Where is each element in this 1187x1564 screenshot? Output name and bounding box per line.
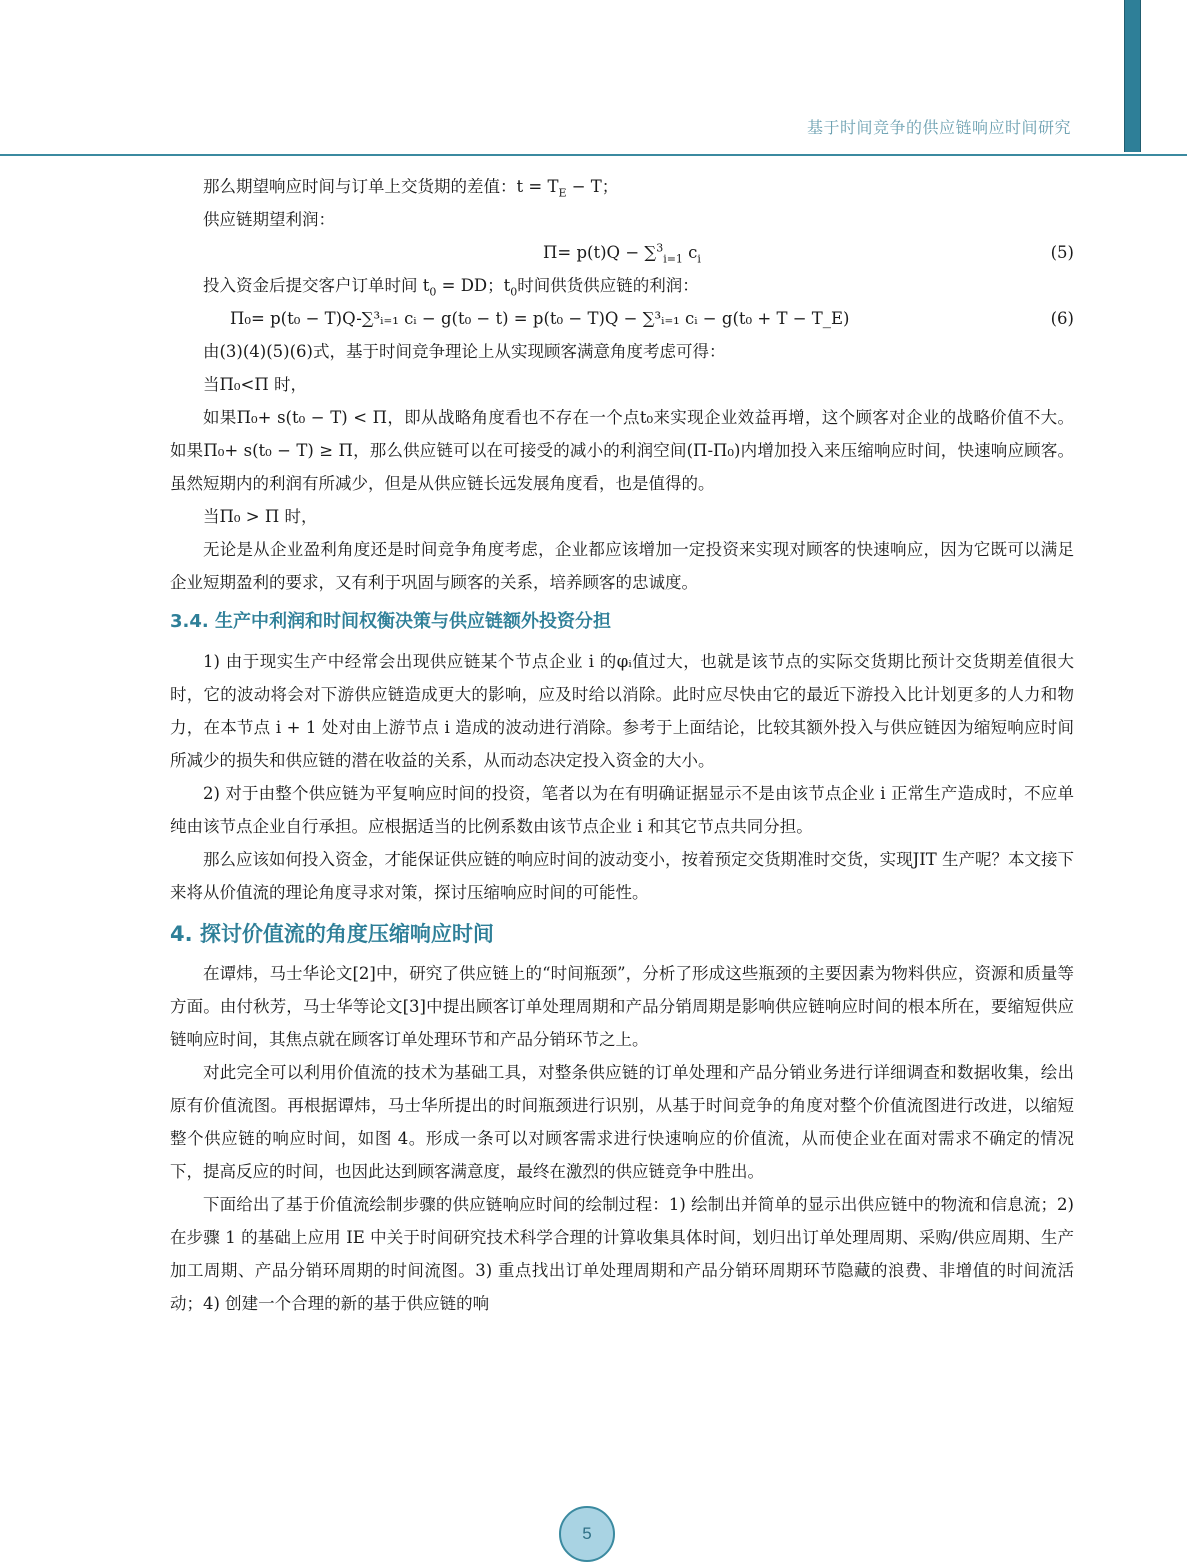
running-title: 基于时间竞争的供应链响应时间研究 [807,115,1071,138]
text: = DD；t [436,276,510,295]
equation-6-body: Π₀= p(t₀ − T)Q-∑³ᵢ₌₁ cᵢ − g(t₀ − t) = p(… [230,302,1074,335]
paragraph-strategy: 如果Π₀+ s(t₀ − T) < Π，即从战略角度看也不存在一个点t₀来实现企… [170,401,1074,500]
paragraph-value-stream: 对此完全可以利用价值流的技术为基础工具，对整条供应链的订单处理和产品分销业务进行… [170,1056,1074,1188]
page-number-badge: 5 [559,1506,615,1562]
paragraph-difference: 那么期望响应时间与订单上交货期的差值：t = TE − T； [170,170,1074,203]
paragraph-steps: 下面给出了基于价值流绘制步骤的供应链响应时间的绘制过程：1) 绘制出并简单的显示… [170,1188,1074,1320]
section-heading-3-4: 3.4. 生产中利润和时间权衡决策与供应链额外投资分担 [170,605,1074,639]
text: 时间供货供应链的利润： [517,276,699,295]
text: 投入资金后提交客户订单时间 t [203,276,429,295]
subscript: i=1 [663,252,683,265]
page-body: 那么期望响应时间与订单上交货期的差值：t = TE − T； 供应链期望利润： … [170,170,1074,1320]
text: c [683,243,698,262]
header-accent-bar [1124,0,1141,152]
equation-5-body: Π= p(t)Q − ∑3i=1 ci [170,236,1074,269]
text: − T； [566,177,618,196]
paragraph-jit: 那么应该如何投入资金，才能保证供应链的响应时间的波动变小，按着预定交货期准时交货… [170,843,1074,909]
subscript: i [697,252,701,265]
paragraph-case-less: 当Π₀<Π 时， [170,368,1074,401]
equation-6-number: (6) [1051,302,1074,335]
text: 那么期望响应时间与订单上交货期的差值：t = T [203,177,558,196]
paragraph-item-1: 1) 由于现实生产中经常会出现供应链某个节点企业 i 的φᵢ值过大，也就是该节点… [170,645,1074,777]
section-heading-4: 4. 探讨价值流的角度压缩响应时间 [170,915,1074,953]
paragraph-derivation: 由(3)(4)(5)(6)式，基于时间竞争理论上从实现顾客满意角度考虑可得： [170,335,1074,368]
paragraph-investment: 无论是从企业盈利角度还是时间竞争角度考虑，企业都应该增加一定投资来实现对顾客的快… [170,533,1074,599]
paragraph-literature: 在谭炜，马士华论文[2]中，研究了供应链上的“时间瓶颈”，分析了形成这些瓶颈的主… [170,957,1074,1056]
paragraph-case-greater: 当Π₀ > Π 时， [170,500,1074,533]
equation-5: Π= p(t)Q − ∑3i=1 ci (5) [170,236,1074,269]
paragraph-order-time: 投入资金后提交客户订单时间 t0 = DD；t0时间供货供应链的利润： [170,269,1074,302]
header-divider [0,154,1187,156]
paragraph-expected-profit: 供应链期望利润： [170,203,1074,236]
text: Π= p(t)Q − ∑ [543,243,656,262]
equation-6: Π₀= p(t₀ − T)Q-∑³ᵢ₌₁ cᵢ − g(t₀ − t) = p(… [170,302,1074,335]
equation-5-number: (5) [1051,236,1074,269]
paragraph-item-2: 2) 对于由整个供应链为平复响应时间的投资，笔者以为在有明确证据显示不是由该节点… [170,777,1074,843]
